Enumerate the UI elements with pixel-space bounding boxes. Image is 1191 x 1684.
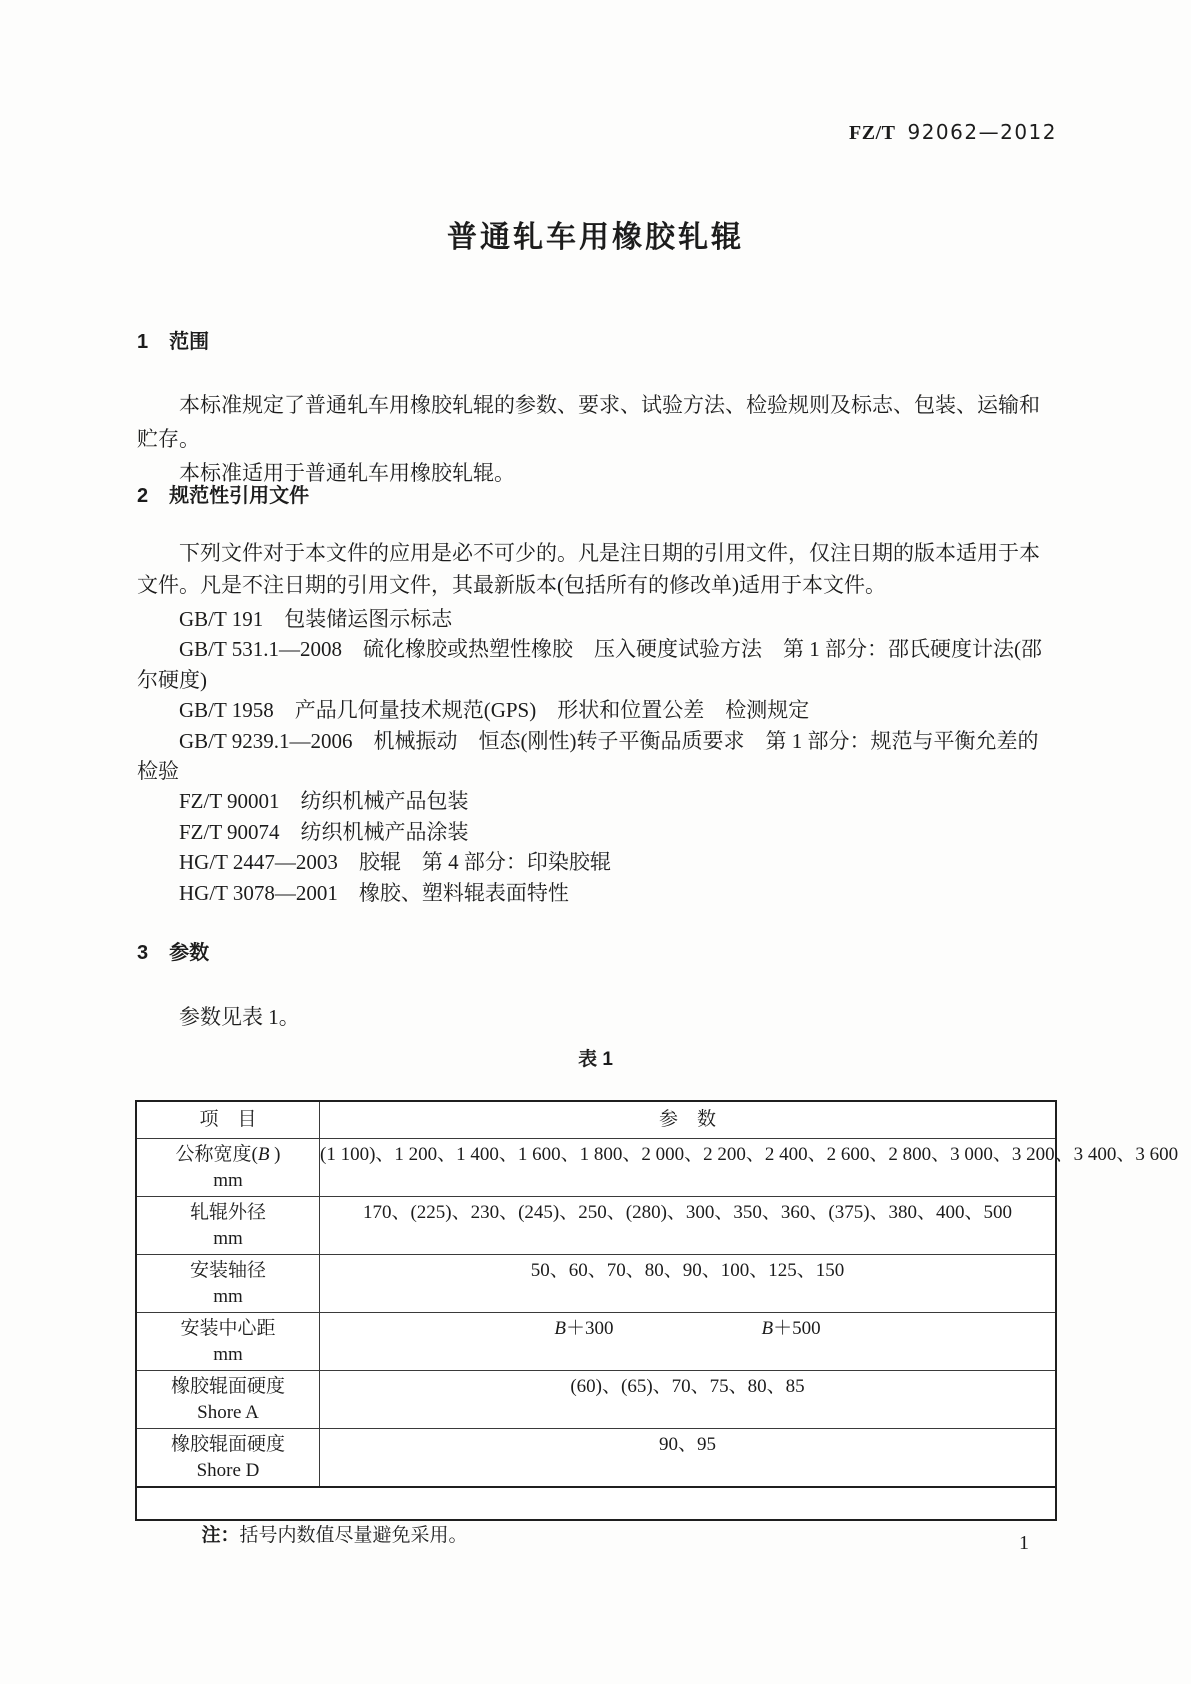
row-value-cell: (60)、(65)、70、75、80、85 [320, 1371, 1055, 1428]
paragraph: 本标准规定了普通轧车用橡胶轧辊的参数、要求、试验方法、检验规则及标志、包装、运输… [137, 388, 1057, 456]
row-label-cell: 安装中心距 mm [137, 1313, 320, 1370]
center-distance-option-2: B＋500 [762, 1316, 821, 1342]
row-unit: mm [137, 1284, 319, 1310]
document-title: 普通轧车用橡胶轧辊 [0, 220, 1191, 256]
row-label-cell: 轧辊外径 mm [137, 1197, 320, 1254]
reference-item: HG/T 2447—2003 胶辊 第 4 部分：印染胶辊 [137, 847, 1057, 877]
row-value: (1 100)、1 200、1 400、1 600、1 800、2 000、2 … [320, 1142, 1178, 1168]
row-unit: mm [137, 1342, 319, 1368]
row-value: 50、60、70、80、90、100、125、150 [320, 1258, 1055, 1284]
page-number: 1 [1010, 1532, 1038, 1555]
row-unit: Shore D [137, 1458, 319, 1484]
references-list: GB/T 191 包装储运图示标志 GB/T 531.1—2008 硫化橡胶或热… [137, 604, 1057, 908]
standard-code-number: 92062—2012 [907, 120, 1057, 144]
row-unit: mm [137, 1226, 319, 1252]
note-label: 注： [202, 1525, 240, 1546]
row-unit: mm [137, 1168, 319, 1194]
section-title: 范围 [169, 329, 209, 355]
reference-item: FZ/T 90074 纺织机械产品涂装 [137, 817, 1057, 847]
scope-paragraphs: 本标准规定了普通轧车用橡胶轧辊的参数、要求、试验方法、检验规则及标志、包装、运输… [137, 388, 1057, 490]
row-label-cell: 橡胶辊面硬度 Shore A [137, 1371, 320, 1428]
row-label-cell: 安装轴径 mm [137, 1255, 320, 1312]
table-row-mounting-shaft-diameter: 安装轴径 mm 50、60、70、80、90、100、125、150 [137, 1254, 1055, 1312]
reference-item: HG/T 3078—2001 橡胶、塑料辊表面特性 [137, 878, 1057, 908]
table-row-roller-outer-diameter: 轧辊外径 mm 170、(225)、230、(245)、250、(280)、30… [137, 1196, 1055, 1254]
standard-code-prefix: FZ/T [849, 122, 895, 144]
section-2-heading: 2 规范性引用文件 [137, 483, 1057, 509]
row-value-cell: B＋300 B＋500 [320, 1313, 1055, 1370]
section-number: 3 [137, 940, 148, 966]
table-row-surface-hardness-shore-a: 橡胶辊面硬度 Shore A (60)、(65)、70、75、80、85 [137, 1370, 1055, 1428]
row-value: (60)、(65)、70、75、80、85 [320, 1374, 1055, 1400]
reference-item: GB/T 531.1—2008 硫化橡胶或热塑性橡胶 压入硬度试验方法 第 1 … [137, 634, 1057, 695]
row-unit: Shore A [137, 1400, 319, 1426]
row-label: 安装中心距 [137, 1316, 319, 1342]
reference-item: GB/T 191 包装储运图示标志 [137, 604, 1057, 634]
table-row-nominal-width: 公称宽度(B ) mm (1 100)、1 200、1 400、1 600、1 … [137, 1138, 1055, 1196]
row-label: 公称宽度(B ) [137, 1142, 319, 1168]
row-label-cell: 橡胶辊面硬度 Shore D [137, 1429, 320, 1486]
section-title: 参数 [169, 940, 209, 966]
row-label: 橡胶辊面硬度 [137, 1432, 319, 1458]
row-value: 170、(225)、230、(245)、250、(280)、300、350、36… [320, 1200, 1055, 1226]
section-3-heading: 3 参数 [137, 940, 1057, 966]
row-value: B＋300 B＋500 [320, 1316, 1055, 1342]
section-title: 规范性引用文件 [169, 483, 309, 509]
row-value-cell: 170、(225)、230、(245)、250、(280)、300、350、36… [320, 1197, 1055, 1254]
note-text: 括号内数值尽量避免采用。 [240, 1525, 468, 1546]
row-label: 轧辊外径 [137, 1200, 319, 1226]
parameters-paragraph: 参数见表 1。 [137, 1002, 1057, 1032]
table-1-caption: 表 1 [0, 1048, 1191, 1072]
row-label-cell: 公称宽度(B ) mm [137, 1139, 320, 1196]
header-cell-item: 项 目 [137, 1102, 320, 1138]
paragraph: 参数见表 1。 [137, 1002, 1057, 1032]
section-1-heading: 1 范围 [137, 329, 1057, 355]
table-row-surface-hardness-shore-d: 橡胶辊面硬度 Shore D 90、95 [137, 1428, 1055, 1486]
table-row-mounting-center-distance: 安装中心距 mm B＋300 B＋500 [137, 1312, 1055, 1370]
standard-code: FZ/T 92062—2012 [849, 120, 1057, 145]
reference-item: GB/T 9239.1—2006 机械振动 恒态(刚性)转子平衡品质要求 第 1… [137, 726, 1057, 787]
table-header-row: 项 目 参 数 [137, 1102, 1055, 1138]
row-value-cell: 50、60、70、80、90、100、125、150 [320, 1255, 1055, 1312]
references-intro: 下列文件对于本文件的应用是必不可少的。凡是注日期的引用文件，仅注日期的版本适用于… [137, 537, 1057, 601]
reference-item: GB/T 1958 产品几何量技术规范(GPS) 形状和位置公差 检测规定 [137, 695, 1057, 725]
header-cell-param: 参 数 [320, 1102, 1055, 1138]
paragraph: 下列文件对于本文件的应用是必不可少的。凡是注日期的引用文件，仅注日期的版本适用于… [137, 537, 1057, 601]
row-value-cell: (1 100)、1 200、1 400、1 600、1 800、2 000、2 … [320, 1139, 1178, 1196]
table-note-row: 注：括号内数值尽量避免采用。 [137, 1486, 1055, 1519]
section-number: 1 [137, 329, 148, 355]
center-distance-option-1: B＋300 [554, 1316, 613, 1342]
table-1: 项 目 参 数 公称宽度(B ) mm (1 100)、1 200、1 400、… [135, 1100, 1057, 1521]
row-label: 橡胶辊面硬度 [137, 1374, 319, 1400]
row-label: 安装轴径 [137, 1258, 319, 1284]
row-value-cell: 90、95 [320, 1429, 1055, 1486]
reference-item: FZ/T 90001 纺织机械产品包装 [137, 786, 1057, 816]
row-value: 90、95 [320, 1432, 1055, 1458]
section-number: 2 [137, 483, 148, 509]
